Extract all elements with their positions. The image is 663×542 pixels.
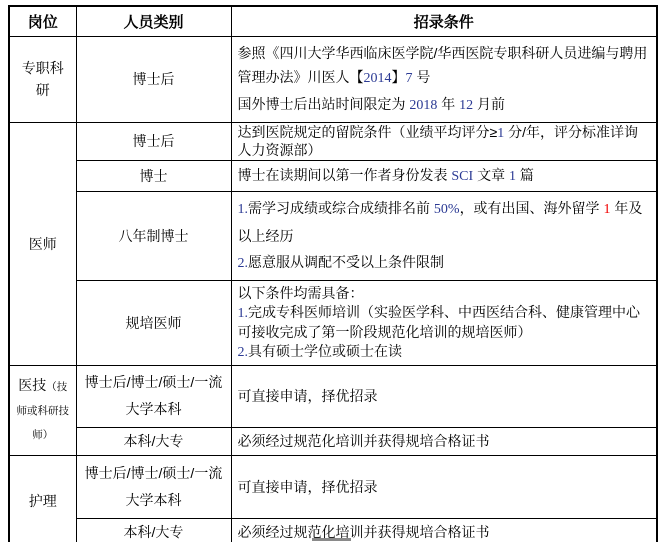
header-position: 岗位 xyxy=(9,6,76,36)
condition-text: 必须经过规范化培训并获得规培合格证书 xyxy=(238,524,490,540)
category-cell: 八年制博士 xyxy=(76,191,231,280)
table-row: 规培医师以下条件均需具备：1.完成专科医师培训（实验医学科、中西医结合科、健康管… xyxy=(9,280,657,365)
category-cell: 博士后 xyxy=(76,36,231,122)
condition-paragraph: 1.完成专科医师培训（实验医学科、中西医结合科、健康管理中心可接收完成了第一阶段… xyxy=(238,303,651,342)
condition-paragraph: 2.具有硕士学位或硕士在读 xyxy=(238,342,651,362)
latin-number-text: 1. xyxy=(238,306,249,321)
condition-cell: 必须经过规范化培训并获得规培合格证书 xyxy=(231,518,657,542)
condition-text: 国外博士后出站时间限定为 xyxy=(238,96,410,112)
condition-text: 愿意服从调配不受以上条件限制 xyxy=(248,254,444,270)
latin-number-text: 12 xyxy=(459,98,473,113)
condition-cell: 可直接申请，择优招录 xyxy=(231,365,657,427)
category-cell: 本科/大专 xyxy=(76,518,231,542)
latin-number-text: 1 xyxy=(509,169,516,184)
category-cell: 博士 xyxy=(76,160,231,191)
condition-paragraph: 博士在读期间以第一作者身份发表 SCI 文章 1 篇 xyxy=(238,165,651,187)
latin-number-text: 2. xyxy=(238,256,249,271)
condition-text: 可直接申请，择优招录 xyxy=(238,479,378,495)
condition-text: 参照《四川大学华西临床医学院/华西医院专职科研人员进编与聘用管理办法》川医人【 xyxy=(238,45,648,85)
latin-number-text: 2014 xyxy=(364,71,392,86)
category-cell: 本科/大专 xyxy=(76,427,231,455)
condition-text: 月前 xyxy=(473,96,505,112)
table-resize-grip[interactable] xyxy=(312,538,351,541)
latin-number-text: 1. xyxy=(238,202,249,217)
latin-number-text: 2. xyxy=(238,345,249,360)
recruitment-conditions-table: 岗位 人员类别 招录条件 专职科研博士后参照《四川大学华西临床医学院/华西医院专… xyxy=(8,5,656,542)
condition-paragraph: 2.愿意服从调配不受以上条件限制 xyxy=(238,249,651,277)
condition-paragraph: 以下条件均需具备： xyxy=(238,284,651,303)
condition-cell: 可直接申请，择优招录 xyxy=(231,455,657,518)
condition-paragraph: 参照《四川大学华西临床医学院/华西医院专职科研人员进编与聘用管理办法》川医人【2… xyxy=(238,41,651,91)
condition-paragraph: 必须经过规范化培训并获得规培合格证书 xyxy=(238,522,651,542)
table-row: 医技（技师或科研技师）博士后/博士/硕士/一流大学本科可直接申请，择优招录 xyxy=(9,365,657,427)
position-cell-zhuanzhi-keyan: 专职科研 xyxy=(9,36,76,122)
table: 岗位 人员类别 招录条件 专职科研博士后参照《四川大学华西临床医学院/华西医院专… xyxy=(8,5,658,542)
condition-paragraph: 达到医院规定的留院条件（业绩平均评分≥1 分/年，评分标准详询人力资源部） xyxy=(238,124,651,159)
condition-text: 完成专科医师培训（实验医学科、中西医结合科、健康管理中心可接收完成了第一阶段规范… xyxy=(238,304,641,340)
condition-text: 可直接申请，择优招录 xyxy=(238,388,378,404)
position-cell-huli: 护理 xyxy=(9,455,76,542)
condition-text: 具有硕士学位或硕士在读 xyxy=(248,343,402,359)
latin-number-text: SCI xyxy=(451,169,473,184)
category-cell: 博士后 xyxy=(76,122,231,160)
condition-paragraph: 1.需学习成绩或综合成绩排名前 50%，或有出国、海外留学 1 年及以上经历 xyxy=(238,195,651,249)
category-cell: 规培医师 xyxy=(76,280,231,365)
condition-paragraph: 必须经过规范化培训并获得规培合格证书 xyxy=(238,431,651,451)
condition-cell: 博士在读期间以第一作者身份发表 SCI 文章 1 篇 xyxy=(231,160,657,191)
position-label: 医师 xyxy=(29,236,57,252)
position-label: 专职科研 xyxy=(22,60,64,98)
table-row: 博士博士在读期间以第一作者身份发表 SCI 文章 1 篇 xyxy=(9,160,657,191)
condition-text: 需学习成绩或综合成绩排名前 xyxy=(248,200,434,216)
category-cell: 博士后/博士/硕士/一流大学本科 xyxy=(76,455,231,518)
condition-text: 必须经过规范化培训并获得规培合格证书 xyxy=(238,433,490,449)
condition-text: 文章 xyxy=(473,167,509,183)
condition-text: 博士在读期间以第一作者身份发表 xyxy=(238,167,452,183)
category-cell: 博士后/博士/硕士/一流大学本科 xyxy=(76,365,231,427)
table-row: 护理博士后/博士/硕士/一流大学本科可直接申请，择优招录 xyxy=(9,455,657,518)
latin-number-text: 50% xyxy=(434,202,460,217)
position-cell-yiji: 医技（技师或科研技师） xyxy=(9,365,76,455)
position-label: 医技 xyxy=(18,377,46,393)
condition-text: 号 xyxy=(413,69,431,85)
condition-cell: 参照《四川大学华西临床医学院/华西医院专职科研人员进编与聘用管理办法》川医人【2… xyxy=(231,36,657,122)
condition-paragraph: 国外博士后出站时间限定为 2018 年 12 月前 xyxy=(238,92,651,118)
table-row: 本科/大专必须经过规范化培训并获得规培合格证书 xyxy=(9,427,657,455)
header-recruitment-conditions: 招录条件 xyxy=(231,6,657,36)
position-cell-yishi: 医师 xyxy=(9,122,76,365)
condition-text: 】 xyxy=(392,69,406,85)
latin-number-text: 7 xyxy=(406,71,413,86)
table-row: 医师博士后达到医院规定的留院条件（业绩平均评分≥1 分/年，评分标准详询人力资源… xyxy=(9,122,657,160)
condition-text: ，或有出国、海外留学 xyxy=(460,200,604,216)
condition-text: 篇 xyxy=(516,167,534,183)
position-label: 护理 xyxy=(29,493,57,509)
latin-number-text: 2018 xyxy=(409,98,437,113)
table-row: 专职科研博士后参照《四川大学华西临床医学院/华西医院专职科研人员进编与聘用管理办… xyxy=(9,36,657,122)
condition-paragraph: 可直接申请，择优招录 xyxy=(238,477,651,497)
header-personnel-category: 人员类别 xyxy=(76,6,231,36)
condition-cell: 1.需学习成绩或综合成绩排名前 50%，或有出国、海外留学 1 年及以上经历2.… xyxy=(231,191,657,280)
condition-cell: 必须经过规范化培训并获得规培合格证书 xyxy=(231,427,657,455)
condition-cell: 达到医院规定的留院条件（业绩平均评分≥1 分/年，评分标准详询人力资源部） xyxy=(231,122,657,160)
header-row: 岗位 人员类别 招录条件 xyxy=(9,6,657,36)
condition-text: 以下条件均需具备： xyxy=(238,285,364,301)
condition-text: 年 xyxy=(437,96,459,112)
condition-paragraph: 可直接申请，择优招录 xyxy=(238,386,651,406)
table-row: 八年制博士1.需学习成绩或综合成绩排名前 50%，或有出国、海外留学 1 年及以… xyxy=(9,191,657,280)
condition-cell: 以下条件均需具备：1.完成专科医师培训（实验医学科、中西医结合科、健康管理中心可… xyxy=(231,280,657,365)
condition-text: 达到医院规定的留院条件（业绩平均评分≥ xyxy=(238,124,498,140)
